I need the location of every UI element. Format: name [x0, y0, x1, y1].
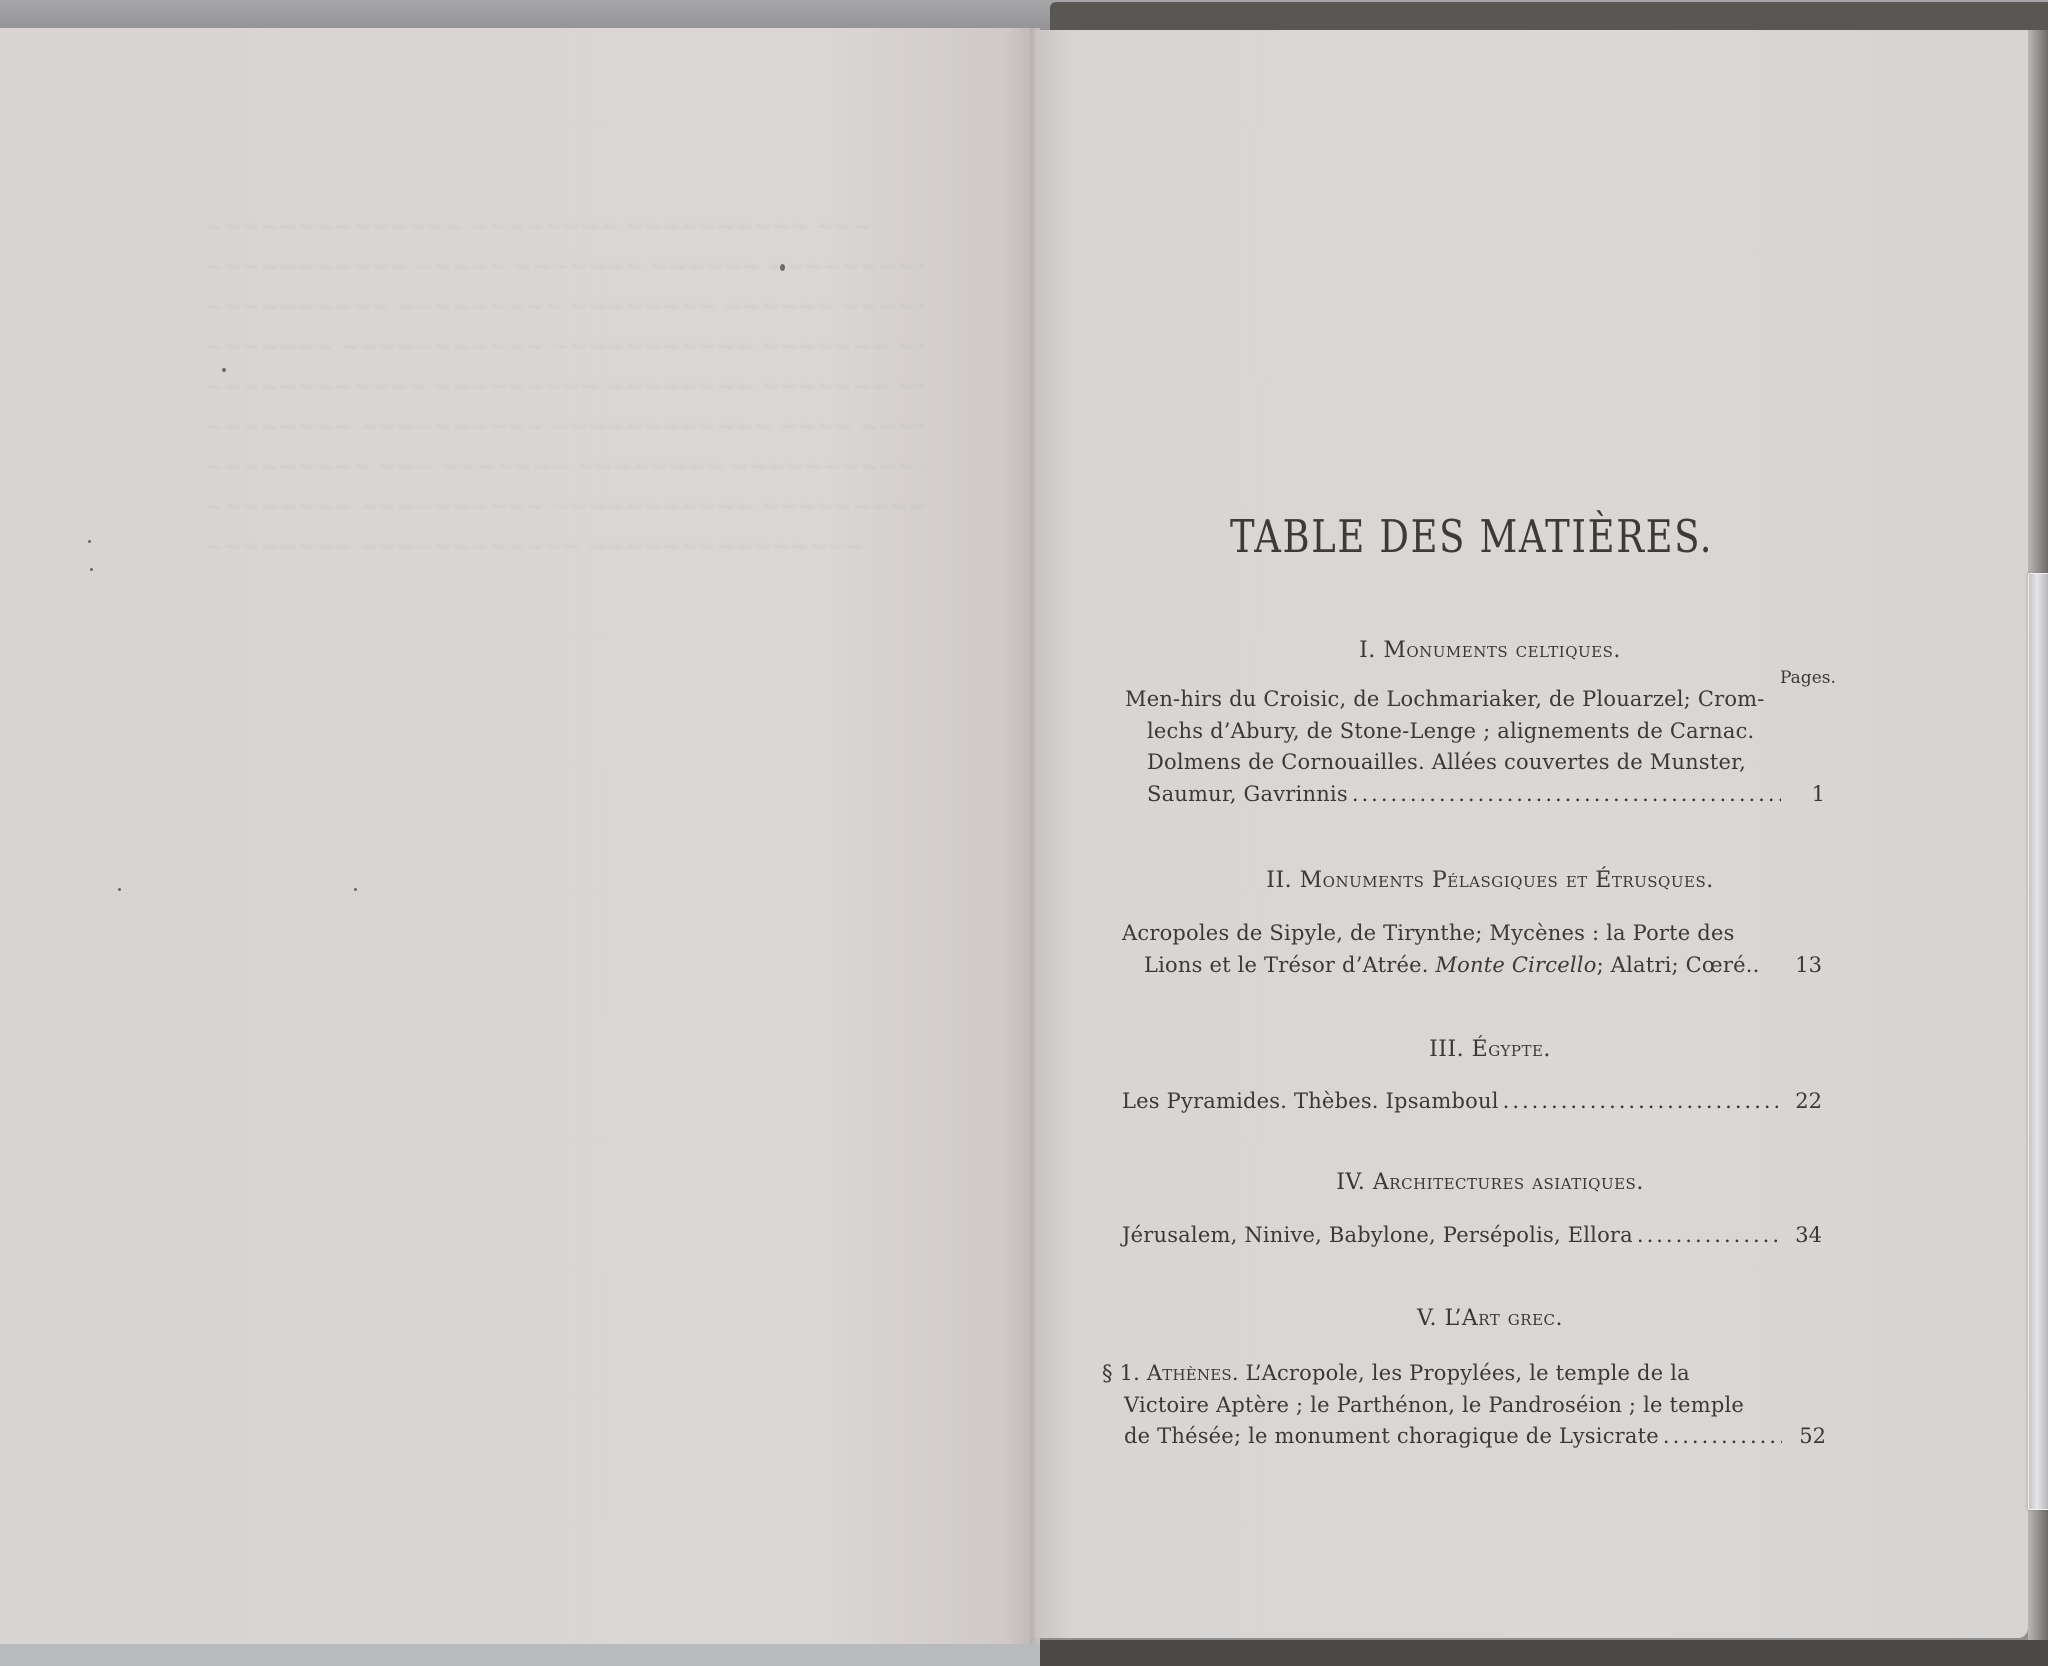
entry-line: Dolmens de Cornouailles. Allées couverte…	[1147, 747, 1746, 779]
toc-entry: Acropoles de Sipyle, de Tirynthe; Mycène…	[1122, 918, 1822, 981]
section-title: Monuments celtiques.	[1383, 638, 1621, 663]
entry-line: Acropoles de Sipyle, de Tirynthe; Mycène…	[1122, 918, 1735, 950]
bookmark-ribbon	[2028, 573, 2048, 1510]
section-title: L’Art grec.	[1445, 1306, 1563, 1331]
entry-italic-place: Monte Circello	[1435, 953, 1596, 977]
section-numeral: IV.	[1336, 1170, 1365, 1195]
entry-line: lechs d’Abury, de Stone-Lenge ; aligneme…	[1147, 716, 1754, 748]
leader-dots: .....................	[1663, 1421, 1782, 1453]
section-heading-4: IV. Architectures asiatiques.	[1110, 1170, 1870, 1195]
page-number: 34	[1782, 1220, 1822, 1252]
leader-dots: ........................................…	[1503, 1086, 1778, 1118]
section-numeral: V.	[1417, 1306, 1437, 1331]
section-heading-2: II. Monuments Pélasgiques et Étrusques.	[1110, 868, 1870, 893]
section-heading-3: III. Égypte.	[1110, 1037, 1870, 1062]
entry-line: Les Pyramides. Thèbes. Ipsamboul	[1122, 1086, 1499, 1118]
entry-line-part: ; Alatri; Cœré..	[1597, 953, 1760, 977]
entry-line: Lions et le Trésor d’Atrée. Monte Circel…	[1144, 950, 1760, 982]
section-title: Architectures asiatiques.	[1373, 1170, 1644, 1195]
page-number: 22	[1782, 1086, 1822, 1118]
leader-dots: ........................................…	[1637, 1220, 1778, 1252]
section-heading-5: V. L’Art grec.	[1110, 1306, 1870, 1331]
toc-entry: Men-hirs du Croisic, de Lochmariaker, de…	[1125, 684, 1825, 810]
entry-line-part: L’Acropole, les Propylées, le temple de …	[1239, 1361, 1690, 1385]
entry-line: Victoire Aptère ; le Parthénon, le Pandr…	[1124, 1390, 1744, 1422]
section-title: Monuments Pélasgiques et Étrusques.	[1300, 868, 1714, 893]
show-through-text: ~~~~~~~~~~~~~~ ~~~~~~~~ ~~~~~~~~~~ ~~~ ~…	[205, 208, 925, 568]
page-number: 13	[1782, 950, 1822, 982]
entry-label: Athènes.	[1147, 1361, 1239, 1385]
book-cover-top-edge	[1050, 2, 2048, 30]
left-page: ~~~~~~~~~~~~~~ ~~~~~~~~ ~~~~~~~~~~ ~~~ ~…	[0, 28, 1035, 1644]
section-title: Égypte.	[1472, 1037, 1551, 1062]
entry-line: § 1. Athènes. L’Acropole, les Propylées,…	[1102, 1358, 1690, 1390]
section-numeral: III.	[1429, 1037, 1464, 1062]
entry-line: Saumur, Gavrinnis	[1147, 779, 1348, 811]
section-marker: § 1.	[1102, 1361, 1140, 1385]
toc-entry: § 1. Athènes. L’Acropole, les Propylées,…	[1102, 1358, 1826, 1453]
entry-line-part: Lions et le Trésor d’Atrée.	[1144, 953, 1435, 977]
section-numeral: II.	[1266, 868, 1292, 893]
section-heading-1: I. Monuments celtiques.	[1110, 638, 1870, 663]
page-number: 52	[1786, 1421, 1826, 1453]
toc-entry: Les Pyramides. Thèbes. Ipsamboul .......…	[1122, 1086, 1822, 1118]
entry-line: Men-hirs du Croisic, de Lochmariaker, de…	[1125, 684, 1765, 716]
entry-line: Jérusalem, Ninive, Babylone, Persépolis,…	[1122, 1220, 1633, 1252]
entry-line: de Thésée; le monument choragique de Lys…	[1124, 1421, 1659, 1453]
book-cover-bottom-edge	[1040, 1640, 2048, 1666]
section-numeral: I.	[1359, 638, 1376, 663]
leader-dots: ........................................…	[1352, 779, 1781, 811]
page-number: 1	[1785, 779, 1825, 811]
page-title: TABLE DES MATIÈRES.	[1230, 510, 1689, 563]
toc-entry: Jérusalem, Ninive, Babylone, Persépolis,…	[1122, 1220, 1822, 1252]
background-surface-bottom	[0, 1642, 1045, 1666]
